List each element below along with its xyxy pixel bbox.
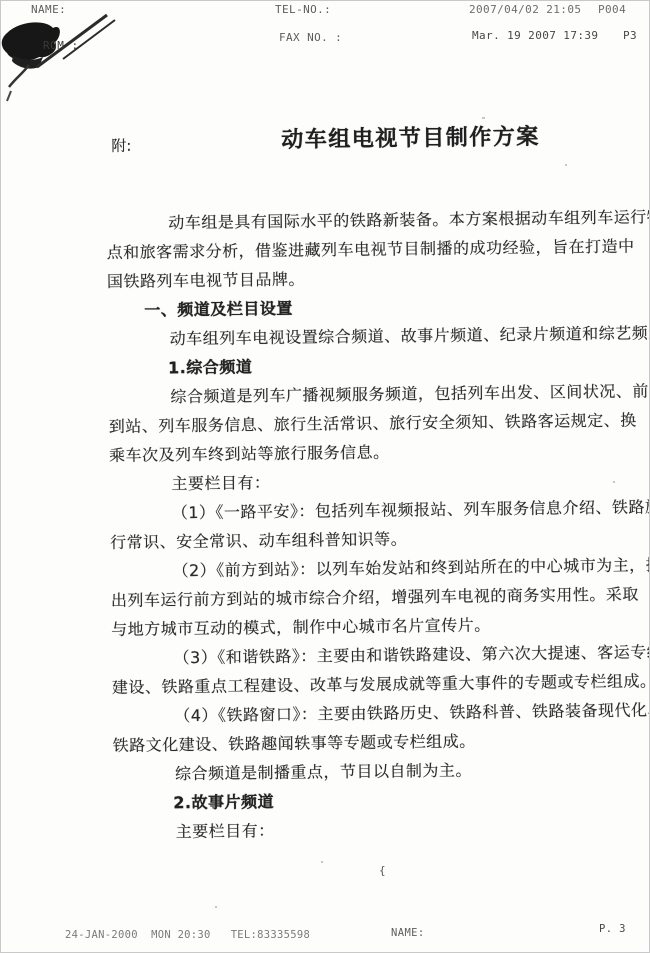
- scan-stray-mark: {: [379, 864, 386, 877]
- document-content: 附: 动车组电视节目制作方案 动车组是具有国际水平的铁路新装备。本方案根据动车组…: [0, 0, 650, 953]
- document-line: 主要栏目有：: [114, 811, 650, 847]
- fax-footer-page: P. 3: [599, 923, 626, 935]
- scan-noise-speck: [613, 481, 615, 483]
- scan-noise-speck: [565, 164, 567, 166]
- attachment-label: 附:: [111, 135, 131, 156]
- fax-page: NAME: TEL-NO.: 2007/04/02 21:05 P004 FAX…: [0, 0, 650, 953]
- fax-footer-name-label: NAME:: [391, 927, 425, 939]
- document-lines: 动车组是具有国际水平的铁路新装备。本方案根据动车组列车运行特点和旅客需求分析，借…: [106, 202, 650, 847]
- scan-noise-speck: [215, 906, 217, 908]
- fax-footer-tel: TEL:83335598: [231, 929, 310, 941]
- fax-footer-left: 24-JAN-2000 MON 20:30 TEL:83335598: [65, 929, 310, 941]
- scan-noise-speck: [321, 861, 323, 863]
- document-title: 动车组电视节目制作方案: [281, 120, 540, 154]
- scan-noise-speck: [482, 117, 485, 119]
- fax-footer-datetime: 24-JAN-2000 MON 20:30: [65, 929, 211, 941]
